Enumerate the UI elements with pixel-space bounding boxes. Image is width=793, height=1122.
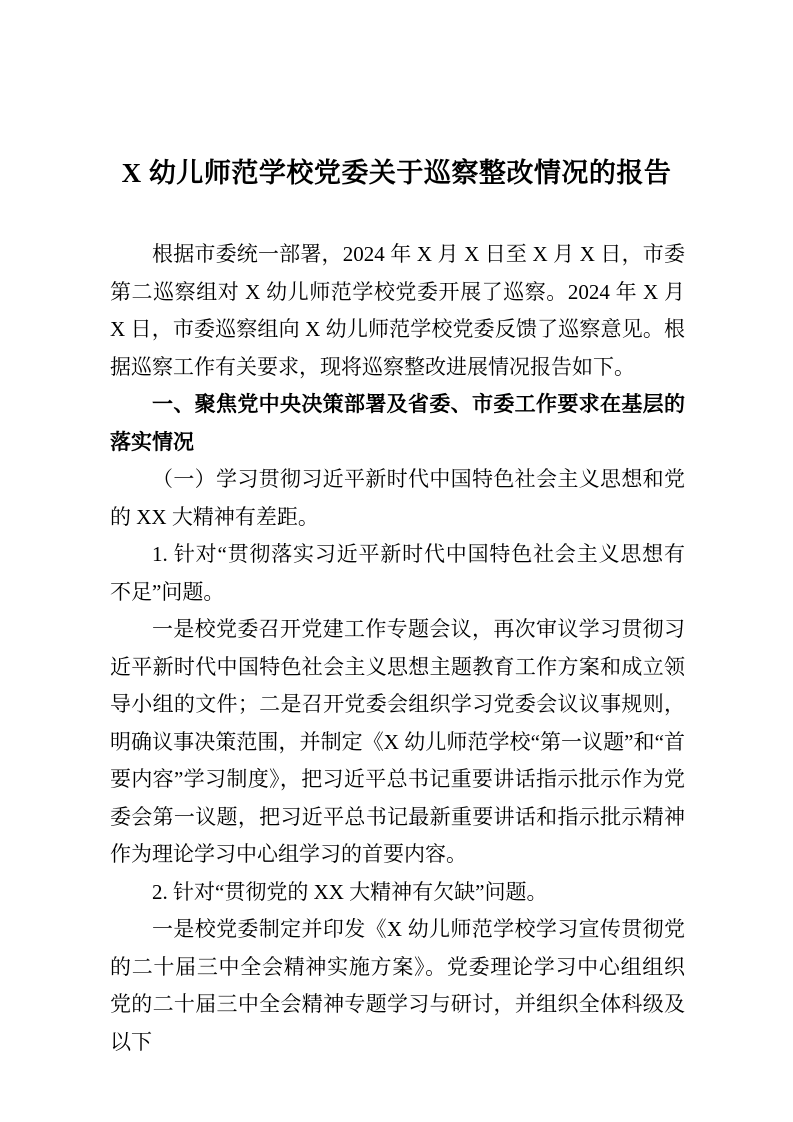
document-body: 根据市委统一部署，2024 年 X 月 X 日至 X 月 X 日，市委第二巡察组… (110, 236, 685, 1061)
section-heading-level-1: 一、聚焦党中央决策部署及省委、市委工作要求在基层的落实情况 (110, 386, 685, 461)
document-page: X 幼儿师范学校党委关于巡察整改情况的报告 根据市委统一部署，2024 年 X … (0, 0, 793, 1122)
numbered-item-2: 2. 针对“贯彻党的 XX 大精神有欠缺”问题。 (110, 874, 685, 912)
document-title: X 幼儿师范学校党委关于巡察整改情况的报告 (60, 150, 733, 196)
paragraph-measures-2: 一是校党委制定并印发《X 幼儿师范学校学习宣传贯彻党的二十届三中全会精神实施方案… (110, 911, 685, 1061)
section-heading-level-2: （一）学习贯彻习近平新时代中国特色社会主义思想和党的 XX 大精神有差距。 (110, 461, 685, 536)
numbered-item-1: 1. 针对“贯彻落实习近平新时代中国特色社会主义思想有不足”问题。 (110, 536, 685, 611)
paragraph-measures-1: 一是校党委召开党建工作专题会议，再次审议学习贯彻习近平新时代中国特色社会主义思想… (110, 611, 685, 874)
paragraph-intro: 根据市委统一部署，2024 年 X 月 X 日至 X 月 X 日，市委第二巡察组… (110, 236, 685, 386)
